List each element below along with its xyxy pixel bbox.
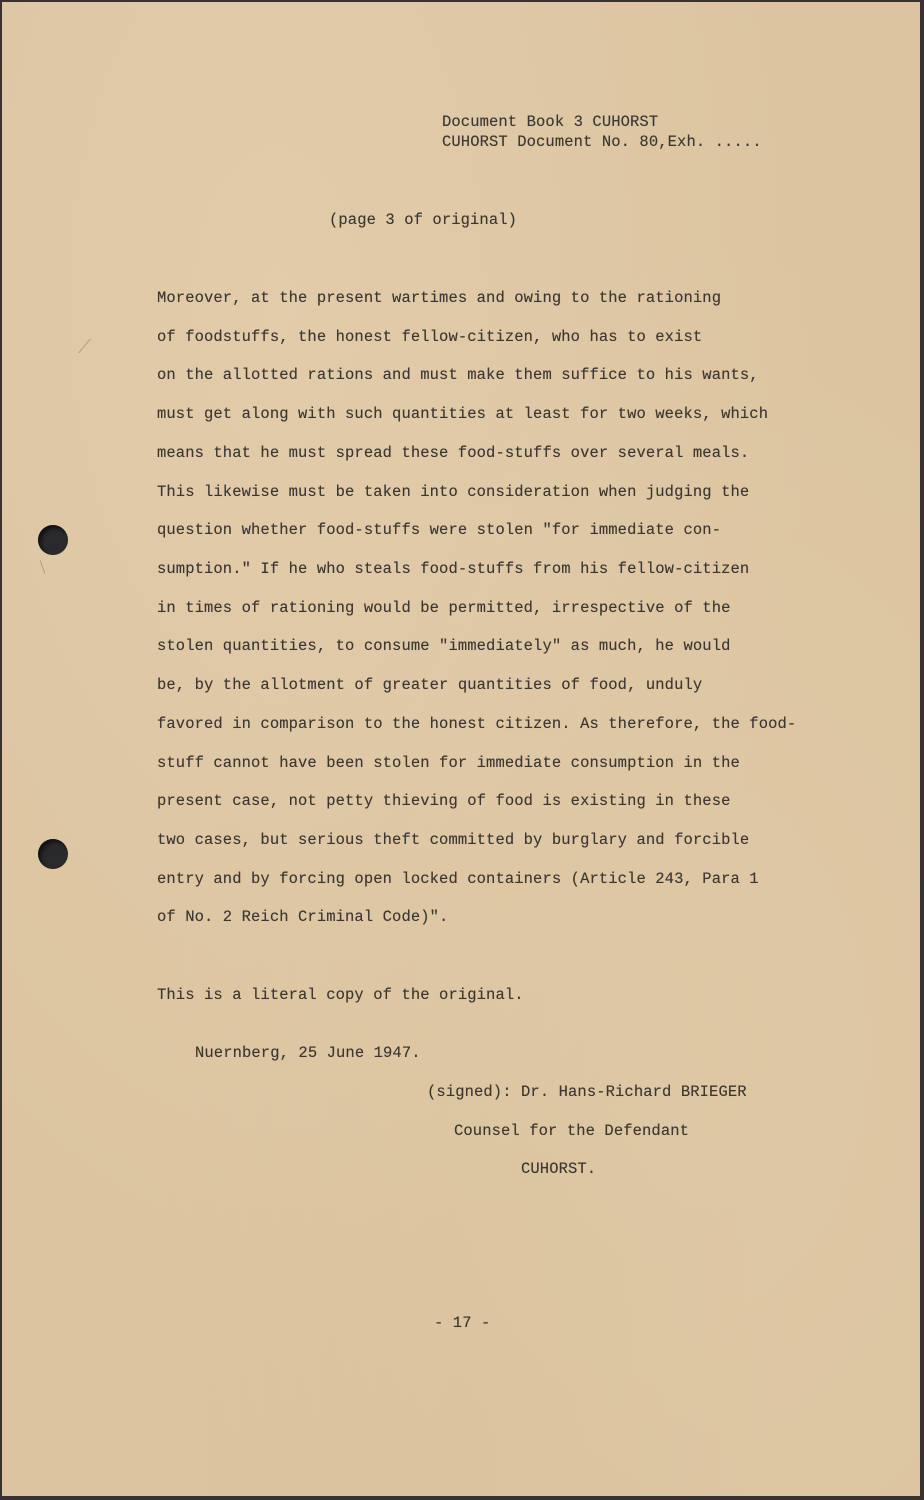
signatory-role: Counsel for the Defendant: [454, 1122, 689, 1140]
body-line: entry and by forcing open locked contain…: [157, 870, 759, 888]
body-line: sumption." If he who steals food-stuffs …: [157, 560, 749, 578]
body-line: of foodstuffs, the honest fellow-citizen…: [157, 328, 702, 346]
body-line: stuff cannot have been stolen for immedi…: [157, 754, 740, 772]
body-line: in times of rationing would be permitted…: [157, 599, 731, 617]
body-line: favored in comparison to the honest citi…: [157, 715, 796, 733]
body-line: means that he must spread these food-stu…: [157, 444, 749, 462]
paper-mark: [40, 560, 46, 573]
document-book-line: Document Book 3 CUHORST: [442, 113, 658, 131]
document-page: Document Book 3 CUHORST CUHORST Document…: [2, 2, 920, 1496]
body-line: This likewise must be taken into conside…: [157, 483, 749, 501]
defendant-name: CUHORST.: [521, 1160, 596, 1178]
body-line: must get along with such quantities at l…: [157, 405, 768, 423]
page-of-original-note: (page 3 of original): [329, 211, 517, 229]
body-line: stolen quantities, to consume "immediate…: [157, 637, 731, 655]
body-line: on the allotted rations and must make th…: [157, 366, 759, 384]
body-line: question whether food-stuffs were stolen…: [157, 521, 721, 539]
body-line: be, by the allotment of greater quantiti…: [157, 676, 702, 694]
body-line: of No. 2 Reich Criminal Code)".: [157, 908, 448, 926]
body-line: present case, not petty thieving of food…: [157, 792, 731, 810]
signature-line: (signed): Dr. Hans-Richard BRIEGER: [427, 1083, 747, 1101]
place-and-date: Nuernberg, 25 June 1947.: [195, 1044, 421, 1062]
certification-statement: This is a literal copy of the original.: [157, 986, 524, 1004]
body-line: two cases, but serious theft committed b…: [157, 831, 749, 849]
page-number: - 17 -: [434, 1314, 490, 1332]
body-line: Moreover, at the present wartimes and ow…: [157, 289, 721, 307]
punch-hole-lower: [38, 839, 68, 869]
paper-mark: [78, 339, 90, 353]
document-number-line: CUHORST Document No. 80,Exh. .....: [442, 133, 762, 151]
punch-hole-upper: [38, 525, 68, 555]
